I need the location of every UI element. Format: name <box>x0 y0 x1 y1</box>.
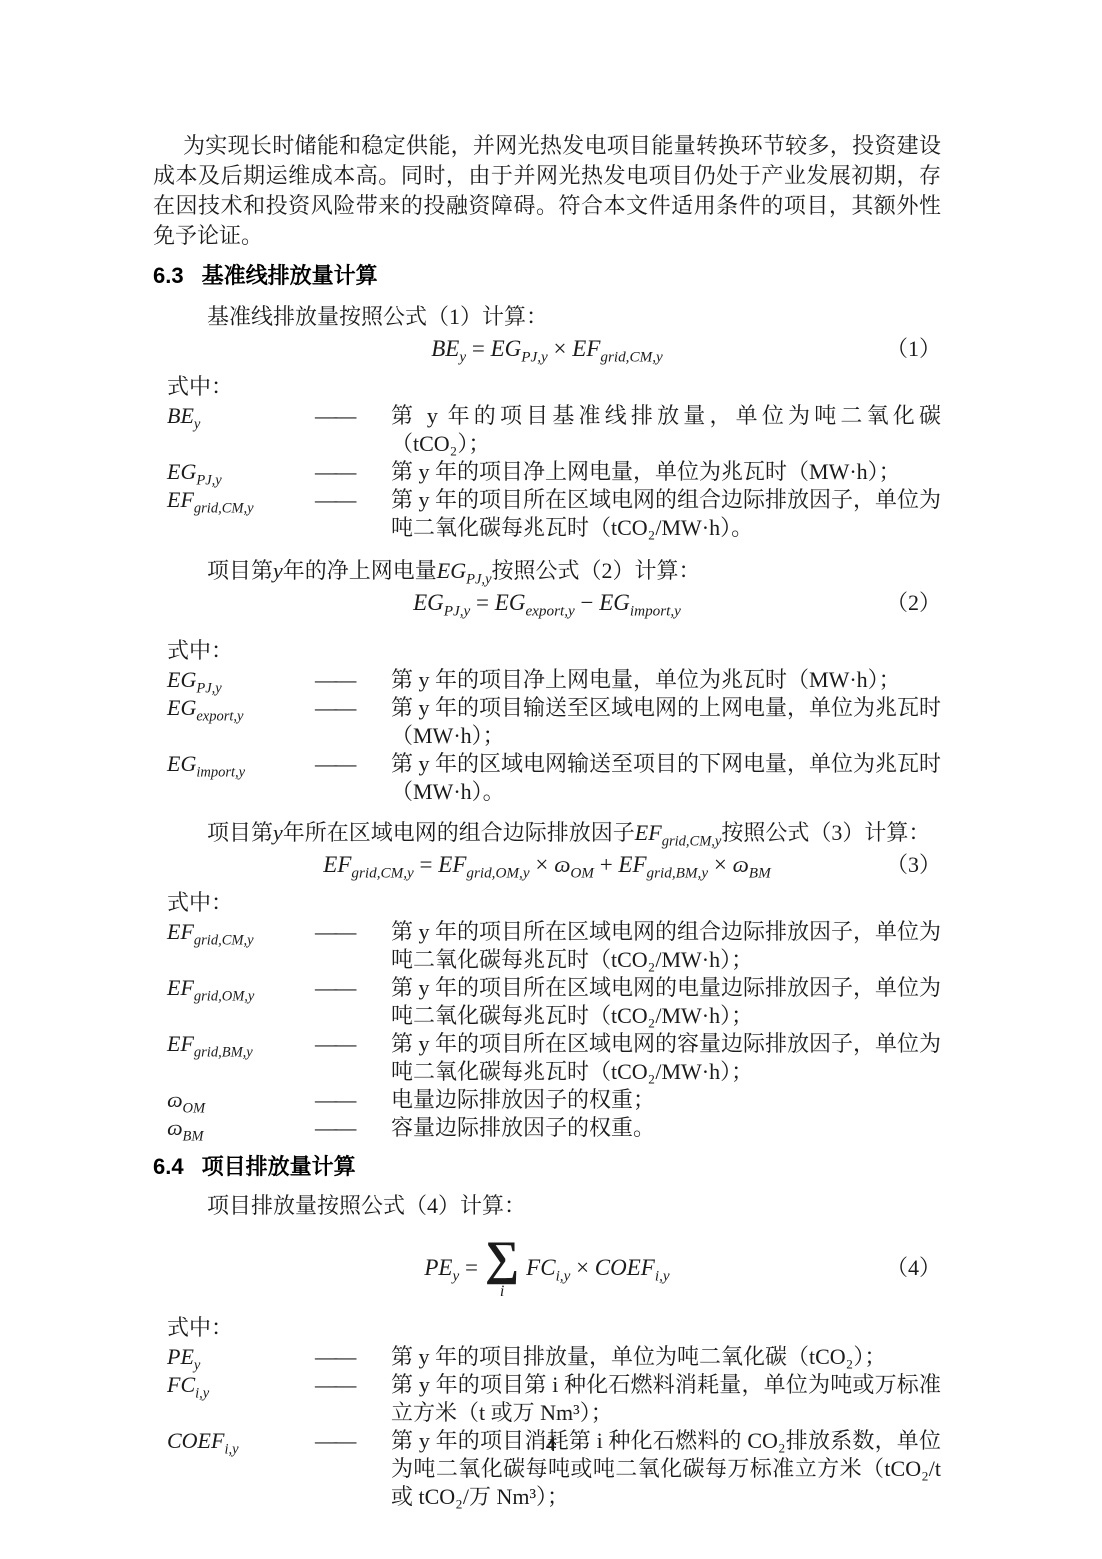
dash-separator: —— <box>315 666 391 694</box>
dash-separator: —— <box>315 750 391 778</box>
dash-separator: —— <box>315 1030 391 1058</box>
formula-2-lead: 项目第y年的净上网电量EGPJ,y按照公式（2）计算： <box>153 556 941 586</box>
formula-1-number: （1） <box>886 332 941 366</box>
symbol-cell: ɷBM <box>167 1114 315 1142</box>
symbol-description: 容量边际排放因子的权重。 <box>391 1114 941 1142</box>
definition-row: ɷBM —— 容量边际排放因子的权重。 <box>153 1114 941 1142</box>
formula-2-number: （2） <box>886 586 941 620</box>
dash-separator: —— <box>315 918 391 946</box>
symbol-description: 第 y 年的区域电网输送至项目的下网电量，单位为兆瓦时（MW·h）。 <box>391 750 941 806</box>
definition-row: EFgrid,CM,y —— 第 y 年的项目所在区域电网的组合边际排放因子，单… <box>153 486 941 542</box>
formula-4-number: （4） <box>886 1251 941 1285</box>
page-number: 4 <box>0 1432 1102 1457</box>
page: 为实现长时储能和稳定供能，并网光热发电项目能量转换环节较多，投资建设成本及后期运… <box>0 0 1102 1559</box>
symbol-cell: FCi,y <box>167 1371 315 1399</box>
where-label: 式中： <box>153 1313 941 1343</box>
heading-title: 项目排放量计算 <box>202 1153 356 1181</box>
sigma-lower-limit: i <box>500 1284 504 1299</box>
symbol-cell: BEy <box>167 402 315 430</box>
symbol-cell: EFgrid,CM,y <box>167 486 315 514</box>
symbol-cell: EGimport,y <box>167 750 315 778</box>
symbol-cell: PEy <box>167 1343 315 1371</box>
heading-number: 6.3 <box>153 262 184 290</box>
definition-list: EGPJ,y —— 第 y 年的项目净上网电量，单位为兆瓦时（MW·h）； EG… <box>153 666 941 806</box>
symbol-description: 第 y 年的项目净上网电量，单位为兆瓦时（MW·h）； <box>391 458 941 486</box>
heading-number: 6.4 <box>153 1153 184 1181</box>
definition-list: EFgrid,CM,y —— 第 y 年的项目所在区域电网的组合边际排放因子，单… <box>153 918 941 1142</box>
symbol-description: 第 y 年的项目输送至区域电网的上网电量，单位为兆瓦时（MW·h）； <box>391 694 941 750</box>
dash-separator: —— <box>315 974 391 1002</box>
symbol-description: 电量边际排放因子的权重； <box>391 1086 941 1114</box>
where-label: 式中： <box>153 636 941 666</box>
definition-row: EGPJ,y —— 第 y 年的项目净上网电量，单位为兆瓦时（MW·h）； <box>153 666 941 694</box>
definition-row: EGimport,y —— 第 y 年的区域电网输送至项目的下网电量，单位为兆瓦… <box>153 750 941 806</box>
definition-row: EFgrid,BM,y —— 第 y 年的项目所在区域电网的容量边际排放因子，单… <box>153 1030 941 1086</box>
formula-3-expression: EFgrid,CM,y = EFgrid,OM,y × ɷOM + EFgrid… <box>323 852 770 877</box>
formula-3-number: （3） <box>886 848 941 882</box>
sigma-glyph: ∑ <box>485 1237 519 1281</box>
symbol-description: 第 y 年的项目所在区域电网的电量边际排放因子，单位为吨二氧化碳每兆瓦时（tCO… <box>391 974 941 1030</box>
definition-row: BEy —— 第 y 年的项目基准线排放量，单位为吨二氧化碳（tCO₂）； <box>153 402 941 458</box>
dash-separator: —— <box>315 486 391 514</box>
definition-row: ɷOM —— 电量边际排放因子的权重； <box>153 1086 941 1114</box>
formula-4: PEy = ∑ i FCi,y × COEFi,y （4） <box>153 1225 941 1311</box>
dash-separator: —— <box>315 458 391 486</box>
symbol-cell: EFgrid,OM,y <box>167 974 315 1002</box>
symbol-description: 第 y 年的项目基准线排放量，单位为吨二氧化碳（tCO₂）； <box>391 402 941 458</box>
dash-separator: —— <box>315 402 391 430</box>
symbol-cell: EFgrid,CM,y <box>167 918 315 946</box>
formula-4-left: PEy = <box>424 1251 478 1285</box>
formula-4-right: FCi,y × COEFi,y <box>526 1251 669 1285</box>
formula-2: EGPJ,y = EGexport,y − EGimport,y （2） <box>153 586 941 620</box>
definition-row: EFgrid,CM,y —— 第 y 年的项目所在区域电网的组合边际排放因子，单… <box>153 918 941 974</box>
dash-separator: —— <box>315 1371 391 1399</box>
symbol-description: 第 y 年的项目第 i 种化石燃料消耗量，单位为吨或万标准立方米（t 或万 Nm… <box>391 1371 941 1427</box>
definition-list: BEy —— 第 y 年的项目基准线排放量，单位为吨二氧化碳（tCO₂）； EG… <box>153 402 941 542</box>
summation-symbol: ∑ i <box>485 1237 519 1299</box>
definition-list: PEy —— 第 y 年的项目排放量，单位为吨二氧化碳（tCO₂）； FCi,y… <box>153 1343 941 1511</box>
formula-1-lead: 基准线排放量按照公式（1）计算： <box>153 302 941 332</box>
section-heading-6-3: 6.3 基准线排放量计算 <box>153 262 941 290</box>
symbol-cell: EFgrid,BM,y <box>167 1030 315 1058</box>
symbol-cell: EGPJ,y <box>167 458 315 486</box>
heading-title: 基准线排放量计算 <box>202 262 378 290</box>
dash-separator: —— <box>315 1114 391 1142</box>
formula-3: EFgrid,CM,y = EFgrid,OM,y × ɷOM + EFgrid… <box>153 848 941 882</box>
symbol-description: 第 y 年的项目所在区域电网的组合边际排放因子，单位为吨二氧化碳每兆瓦时（tCO… <box>391 486 941 542</box>
dash-separator: —— <box>315 694 391 722</box>
where-label: 式中： <box>153 888 941 918</box>
definition-row: FCi,y —— 第 y 年的项目第 i 种化石燃料消耗量，单位为吨或万标准立方… <box>153 1371 941 1427</box>
formula-3-lead: 项目第y年所在区域电网的组合边际排放因子EFgrid,CM,y按照公式（3）计算… <box>153 818 941 848</box>
definition-row: EGPJ,y —— 第 y 年的项目净上网电量，单位为兆瓦时（MW·h）； <box>153 458 941 486</box>
symbol-cell: EGexport,y <box>167 694 315 722</box>
section-heading-6-4: 6.4 项目排放量计算 <box>153 1153 941 1181</box>
where-label: 式中： <box>153 372 941 402</box>
symbol-cell: EGPJ,y <box>167 666 315 694</box>
symbol-description: 第 y 年的项目排放量，单位为吨二氧化碳（tCO₂）； <box>391 1343 941 1371</box>
symbol-description: 第 y 年的项目所在区域电网的组合边际排放因子，单位为吨二氧化碳每兆瓦时（tCO… <box>391 918 941 974</box>
formula-1-expression: BEy = EGPJ,y × EFgrid,CM,y <box>431 336 663 361</box>
symbol-description: 第 y 年的项目净上网电量，单位为兆瓦时（MW·h）； <box>391 666 941 694</box>
definition-row: EGexport,y —— 第 y 年的项目输送至区域电网的上网电量，单位为兆瓦… <box>153 694 941 750</box>
symbol-cell: ɷOM <box>167 1086 315 1114</box>
symbol-description: 第 y 年的项目所在区域电网的容量边际排放因子，单位为吨二氧化碳每兆瓦时（tCO… <box>391 1030 941 1086</box>
page-content: 为实现长时储能和稳定供能，并网光热发电项目能量转换环节较多，投资建设成本及后期运… <box>153 131 941 1511</box>
dash-separator: —— <box>315 1086 391 1114</box>
formula-1: BEy = EGPJ,y × EFgrid,CM,y （1） <box>153 332 941 366</box>
dash-separator: —— <box>315 1343 391 1371</box>
formula-4-lead: 项目排放量按照公式（4）计算： <box>153 1191 941 1221</box>
formula-2-expression: EGPJ,y = EGexport,y − EGimport,y <box>413 590 681 615</box>
definition-row: PEy —— 第 y 年的项目排放量，单位为吨二氧化碳（tCO₂）； <box>153 1343 941 1371</box>
definition-row: EFgrid,OM,y —— 第 y 年的项目所在区域电网的电量边际排放因子，单… <box>153 974 941 1030</box>
intro-paragraph: 为实现长时储能和稳定供能，并网光热发电项目能量转换环节较多，投资建设成本及后期运… <box>153 131 941 251</box>
